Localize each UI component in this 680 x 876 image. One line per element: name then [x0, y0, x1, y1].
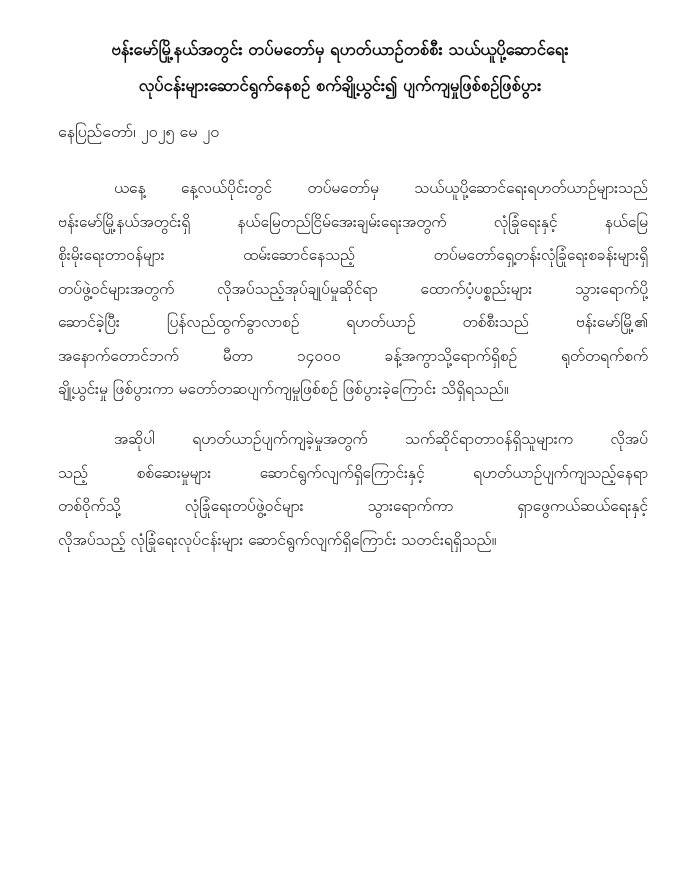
- paragraph-1-line-7: ချို့ယွင်းမှု ဖြစ်ပွားကာ မတော်တဆပျက်ကျမှ…: [58, 373, 648, 407]
- paragraph-2: အဆိုပါ ရဟတ်ယာဉ်ပျက်ကျခဲ့မှုအတွက် သက်ဆိုင…: [58, 423, 648, 557]
- paragraph-1-line-4: တပ်ဖွဲ့ဝင်များအတွက် လိုအပ်သည့်အုပ်ချုပ်မ…: [58, 273, 648, 307]
- dateline: နေပြည်တော်၊ ၂၀၂၅ မေ ၂၀: [58, 115, 219, 149]
- paragraph-1-line-1: ယနေ့ နေ့လယ်ပိုင်းတွင် တပ်မတော်မှ သယ်ယူပိ…: [58, 172, 648, 206]
- paragraph-2-line-4: လိုအပ်သည့် လုံခြုံရေးလုပ်ငန်းများ ဆောင်ရ…: [58, 524, 648, 558]
- paragraph-1-line-6: အနောက်တောင်ဘက် မီတာ ၁၄၀၀၀ ခန့်အကွာသို့ရေ…: [58, 340, 648, 374]
- paragraph-1-line-5: ဆောင်ခဲ့ပြီး ပြန်လည်ထွက်ခွာလာစဉ် ရဟတ်ယာဉ…: [58, 306, 648, 340]
- paragraph-1: ယနေ့ နေ့လယ်ပိုင်းတွင် တပ်မတော်မှ သယ်ယူပိ…: [58, 172, 648, 407]
- paragraph-1-line-2: ဗန်းမော်မြို့နယ်အတွင်းရှိ နယ်မြေတည်ငြိမ်…: [58, 206, 648, 240]
- paragraph-1-line-3: စိုးမိုးရေးတာဝန်များ ထမ်းဆောင်နေသည့် တပ်…: [58, 239, 648, 273]
- paragraph-2-line-2: သည့် စစ်ဆေးမှုများ ဆောင်ရွက်လျက်ရှိကြောင…: [58, 457, 648, 491]
- headline-line-1: ဗန်းမော်မြို့နယ်အတွင်း တပ်မတော်မှ ရဟတ်ယာ…: [40, 32, 640, 68]
- document-page: ဗန်းမော်မြို့နယ်အတွင်း တပ်မတော်မှ ရဟတ်ယာ…: [0, 0, 680, 876]
- paragraph-2-line-3: တစ်ဝိုက်သို့ လုံခြုံရေးတပ်ဖွဲ့ဝင်များ သွ…: [58, 490, 648, 524]
- paragraph-2-line-1: အဆိုပါ ရဟတ်ယာဉ်ပျက်ကျခဲ့မှုအတွက် သက်ဆိုင…: [58, 423, 648, 457]
- headline-line-2: လုပ်ငန်းများဆောင်ရွက်နေစဉ် စက်ချို့ယွင်း…: [40, 68, 640, 104]
